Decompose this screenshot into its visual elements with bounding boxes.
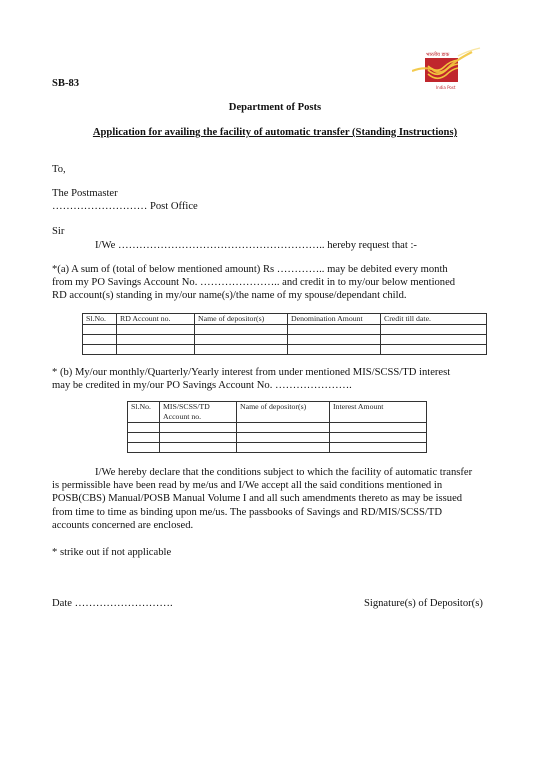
declaration-line5: accounts concerned are enclosed. — [52, 519, 193, 533]
salutation-to: To, — [52, 163, 66, 177]
column-header: Sl.No. — [128, 402, 160, 423]
table-row — [83, 345, 487, 355]
table-cell[interactable] — [117, 325, 195, 335]
form-code: SB-83 — [52, 77, 79, 91]
department-title: Department of Posts — [0, 101, 550, 115]
section-a-line1: *(a) A sum of (total of below mentioned … — [52, 263, 448, 277]
declaration-line1: I/We hereby declare that the conditions … — [95, 466, 472, 480]
logo-hindi-text: भारतीय डाक — [426, 51, 449, 58]
table-cell[interactable] — [83, 345, 117, 355]
greeting: Sir — [52, 225, 64, 239]
column-header: Denomination Amount — [288, 314, 381, 325]
logo-english-text: India Post — [436, 85, 456, 90]
section-a-line3: RD account(s) standing in my/our name(s)… — [52, 289, 407, 303]
table-cell[interactable] — [237, 443, 330, 453]
table-cell[interactable] — [160, 423, 237, 433]
declaration-line3: POSB(CBS) Manual/POSB Manual Volume I an… — [52, 492, 462, 506]
column-header: Credit till date. — [381, 314, 487, 325]
table-row — [83, 335, 487, 345]
table-cell[interactable] — [381, 335, 487, 345]
table-cell[interactable] — [160, 443, 237, 453]
column-header: Name of depositor(s) — [237, 402, 330, 423]
table-cell[interactable] — [128, 443, 160, 453]
table-cell[interactable] — [160, 433, 237, 443]
declaration-line2: is permissible have been read by me/us a… — [52, 479, 442, 493]
table-cell[interactable] — [237, 433, 330, 443]
table-cell[interactable] — [381, 345, 487, 355]
section-b-line2: may be credited in my/our PO Savings Acc… — [52, 379, 352, 393]
table-cell[interactable] — [330, 443, 427, 453]
recipient: The Postmaster — [52, 187, 118, 201]
mis-scss-td-table: Sl.No. MIS/SCSS/TD Account no. Name of d… — [127, 401, 427, 453]
table-cell[interactable] — [381, 325, 487, 335]
column-header: Sl.No. — [83, 314, 117, 325]
table-cell[interactable] — [117, 335, 195, 345]
table-cell[interactable] — [330, 423, 427, 433]
section-b-line1: * (b) My/our monthly/Quarterly/Yearly in… — [52, 366, 450, 380]
column-header: Name of depositor(s) — [195, 314, 288, 325]
column-header: MIS/SCSS/TD Account no. — [160, 402, 237, 423]
table-row — [83, 325, 487, 335]
column-header: RD Account no. — [117, 314, 195, 325]
request-line: I/We ………………………………………………….. hereby reques… — [95, 239, 417, 253]
table-header-row: Sl.No. MIS/SCSS/TD Account no. Name of d… — [128, 402, 427, 423]
india-post-logo-icon: भारतीय डाक India Post — [412, 46, 492, 92]
column-header: Interest Amount — [330, 402, 427, 423]
table-cell[interactable] — [288, 335, 381, 345]
signature-label: Signature(s) of Depositor(s) — [364, 597, 483, 611]
footnote: * strike out if not applicable — [52, 546, 171, 560]
rd-accounts-table: Sl.No. RD Account no. Name of depositor(… — [82, 313, 487, 355]
table-header-row: Sl.No. RD Account no. Name of depositor(… — [83, 314, 487, 325]
declaration-line4: from time to time as binding upon me/us.… — [52, 506, 442, 520]
table-cell[interactable] — [195, 345, 288, 355]
table-cell[interactable] — [288, 325, 381, 335]
post-office-line: ……………………… Post Office — [52, 200, 198, 214]
page-title: Application for availing the facility of… — [0, 126, 550, 140]
table-cell[interactable] — [117, 345, 195, 355]
table-cell[interactable] — [195, 325, 288, 335]
table-cell[interactable] — [330, 433, 427, 443]
table-cell[interactable] — [237, 423, 330, 433]
section-a-line2: from my PO Savings Account No. …………………..… — [52, 276, 455, 290]
date-field[interactable]: Date ………………………. — [52, 597, 173, 611]
table-cell[interactable] — [128, 423, 160, 433]
table-cell[interactable] — [288, 345, 381, 355]
table-row — [128, 443, 427, 453]
table-row — [128, 423, 427, 433]
table-cell[interactable] — [83, 335, 117, 345]
table-cell[interactable] — [195, 335, 288, 345]
table-cell[interactable] — [83, 325, 117, 335]
table-cell[interactable] — [128, 433, 160, 443]
table-row — [128, 433, 427, 443]
